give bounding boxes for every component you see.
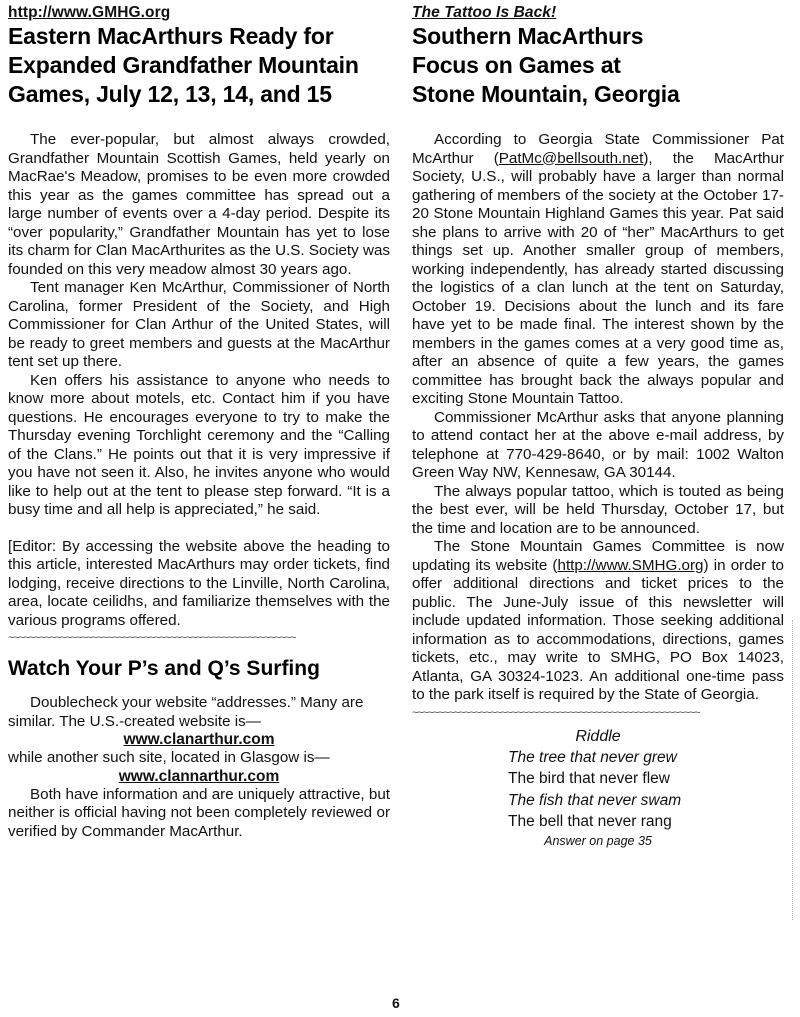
headline-line: Games, July 12, 13, 14, and 15 (8, 81, 332, 107)
riddle-line: The fish that never swam (412, 790, 784, 812)
tattoo-kicker: The Tattoo Is Back! (412, 4, 784, 22)
riddle-box: Riddle The tree that never grew The bird… (412, 727, 784, 849)
paragraph: The Stone Mountain Games Committee is no… (412, 538, 784, 705)
riddle-line: The bell that never rang (412, 811, 784, 833)
headline-line: Southern MacArthurs (412, 23, 643, 49)
paragraph: Tent manager Ken McArthur, Commissioner … (8, 279, 390, 372)
smhg-website-link[interactable]: http://www.SMHG.org (558, 557, 704, 574)
right-column: The Tattoo Is Back! Southern MacArthurs … (412, 0, 784, 849)
headline-line: Expanded Grandfather Mountain (8, 52, 359, 78)
clannarthur-link[interactable]: www.clannarthur.com (8, 768, 390, 786)
paragraph: Ken offers his assistance to anyone who … (8, 372, 390, 520)
clanarthur-link[interactable]: www.clanarthur.com (8, 731, 390, 749)
paragraph: Doublecheck your website “addresses.” Ma… (8, 694, 390, 731)
right-article-headline: Southern MacArthurs Focus on Games at St… (412, 22, 784, 109)
headline-line: Focus on Games at (412, 52, 621, 78)
left-column: http://www.GMHG.org Eastern MacArthurs R… (8, 0, 390, 841)
headline-line: Stone Mountain, Georgia (412, 81, 680, 107)
paragraph: Both have information and are uniquely a… (8, 786, 390, 842)
tilde-divider: ~~~~~~~~~~~~~~~~~~~~~~~~~~~~~~~~~~~~~~~~… (8, 632, 390, 644)
tilde-divider: ~~~~~~~~~~~~~~~~~~~~~~~~~~~~~~~~~~~~~~~~… (412, 707, 784, 719)
paragraph: Commissioner McArthur asks that anyone p… (412, 409, 784, 483)
left-article-headline: Eastern MacArthurs Ready for Expanded Gr… (8, 22, 390, 109)
page-number: 6 (392, 995, 400, 1011)
left-article-body: The ever-popular, but almost always crow… (8, 131, 390, 630)
paragraph: The ever-popular, but almost always crow… (8, 131, 390, 279)
scan-edge-marks (792, 620, 796, 920)
riddle-title: Riddle (412, 727, 784, 747)
right-article-body: According to Georgia State Commissioner … (412, 131, 784, 705)
riddle-answer-reference: Answer on page 35 (412, 833, 784, 849)
editor-note: [Editor: By accessing the website above … (8, 538, 390, 631)
headline-line: Eastern MacArthurs Ready for (8, 23, 333, 49)
paragraph: According to Georgia State Commissioner … (412, 131, 784, 409)
surfing-article-body: Doublecheck your website “addresses.” Ma… (8, 694, 390, 841)
email-link[interactable]: PatMc@bellsouth.net (499, 150, 644, 167)
surfing-article-headline: Watch Your P’s and Q’s Surfing (8, 656, 390, 682)
paragraph: while another such site, located in Glas… (8, 749, 390, 768)
text: ), the MacArthur Society, U.S., will pro… (412, 150, 784, 408)
paragraph: The always popular tattoo, which is tout… (412, 483, 784, 539)
riddle-line: The tree that never grew (412, 747, 784, 769)
text: ) in order to offer additional direction… (412, 557, 784, 704)
gmhg-website-link[interactable]: http://www.GMHG.org (8, 4, 390, 22)
riddle-line: The bird that never flew (412, 768, 784, 790)
